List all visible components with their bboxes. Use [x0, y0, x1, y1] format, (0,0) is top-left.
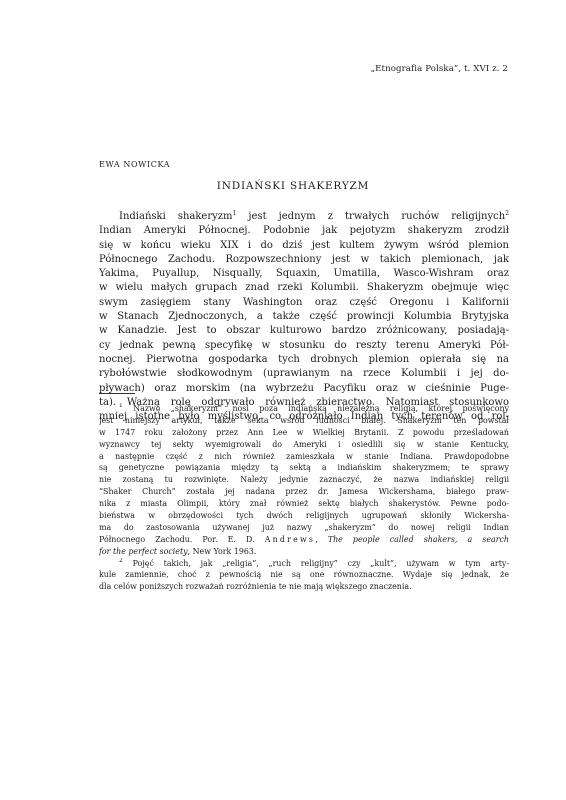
citation-title: The people called shakers, a search: [328, 535, 509, 544]
body-line: w Stanach Zjednoczonych, a także część p…: [99, 310, 509, 324]
citation-publication: , New York 1963.: [188, 547, 257, 556]
footnote-1-citation-line: for the perfect society, New York 1963.: [99, 546, 509, 558]
body-text: Indiański shakeryzm1 jest jednym z trwał…: [99, 210, 509, 424]
footnote-text: Nazwę „shakeryzm” nosi poza indiańską ni…: [123, 404, 509, 413]
footnote-ref-2[interactable]: 2: [505, 210, 509, 217]
body-line: Yakima, Puyallup, Nisqually, Squaxin, Um…: [99, 267, 509, 281]
footnote-2-line: 2 Pojęć takich, jak „religia”, „ruch rel…: [99, 558, 509, 570]
running-header: „Etnografia Polska”, t. XVI z. 2: [371, 64, 508, 74]
body-line: nocnej. Pierwotna gospodarka tych drobny…: [99, 353, 509, 367]
body-line: w Kanadzie. Jest to obszar kulturowo bar…: [99, 324, 509, 338]
footnote-divider: [99, 393, 135, 394]
footnote-1-line: jest niniejszy artykuł, także sekta wśró…: [99, 415, 509, 427]
document-page: „Etnografia Polska”, t. XVI z. 2 EWA NOW…: [0, 0, 566, 800]
footnote-1-line: bieństwa w obrzędowości tych dwóch relig…: [99, 510, 509, 522]
footnote-1-line: wyznawcy tej sekty wyemigrowali do Amery…: [99, 439, 509, 451]
footnote-1-line: “Shaker Church” została jej nadana przez…: [99, 486, 509, 498]
citation-prefix: Północnego Zachodu. Por. E. D.: [99, 535, 265, 544]
footnote-1-line: w 1747 roku założony przez Ann Lee w Wie…: [99, 427, 509, 439]
body-line: w wielu małych grupach znad rzeki Kolumb…: [99, 281, 509, 295]
body-line: Północnego Zachodu. Rozpowszechniony jes…: [99, 253, 509, 267]
citation-separator: ,: [315, 535, 328, 544]
footnotes: 1 Nazwę „shakeryzm” nosi poza indiańską …: [99, 403, 509, 593]
footnote-1-line: nie zostaną tu rozwinięte. Należy jedyni…: [99, 474, 509, 486]
body-line: pływach) oraz morskim (na wybrzeżu Pacyf…: [99, 382, 509, 396]
footnote-1-citation-line: Północnego Zachodu. Por. E. D. Andrews, …: [99, 534, 509, 546]
footnote-1-line: a następnie część z nich również zamiesz…: [99, 451, 509, 463]
body-line: cy jednak pewną specyfikę w stosunku do …: [99, 339, 509, 353]
footnote-1-line: są genetyczne powiązania między tą sektą…: [99, 462, 509, 474]
body-text-span: jest jednym z trwałych ruchów religijnyc…: [236, 211, 505, 222]
footnote-1-line: nika z miasta Olimpii, który znał równie…: [99, 498, 509, 510]
footnote-1-line: 1 Nazwę „shakeryzm” nosi poza indiańską …: [99, 403, 509, 415]
article-title: INDIAŃSKI SHAKERYZM: [0, 180, 566, 192]
footnote-text: Pojęć takich, jak „religia”, „ruch relig…: [123, 559, 509, 568]
body-line: Indian Ameryki Północnej. Podobnie jak p…: [99, 224, 509, 238]
body-line: się w końcu wieku XIX i do dziś jest kul…: [99, 239, 509, 253]
citation-author: Andrews: [265, 535, 315, 544]
footnote-2-line: kule zamiennie, choć z pewnością nie są …: [99, 569, 509, 581]
footnote-1-line: ma do zastosowania używanej już nazwy „s…: [99, 522, 509, 534]
article-author: EWA NOWICKA: [99, 160, 170, 169]
body-text-span: Indiański shakeryzm: [119, 211, 233, 222]
body-line: swym zasięgiem stany Washington oraz czę…: [99, 296, 509, 310]
body-line: rybołówstwie słodkowodnym (uprawianym na…: [99, 367, 509, 381]
citation-title: for the perfect society: [99, 547, 188, 556]
footnote-2-line: dla celów poniższych rozważań rozróżnien…: [99, 581, 509, 593]
body-line: Indiański shakeryzm1 jest jednym z trwał…: [99, 210, 509, 224]
